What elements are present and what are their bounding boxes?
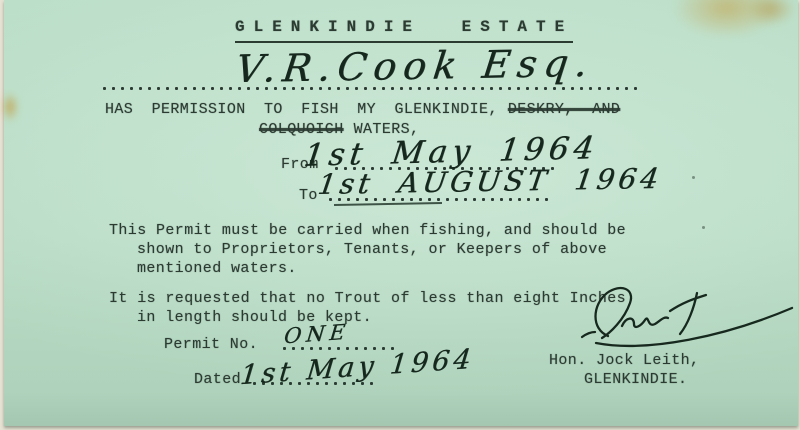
to-date-handwritten: 1st AUGUST 1964 [316, 162, 665, 201]
stain-left-edge [2, 92, 18, 122]
signature-handwritten [576, 280, 798, 354]
stain-top-right [672, 0, 782, 38]
issuer-name: Hon. Jock Leith, [549, 351, 699, 370]
permission-line-1: HAS PERMISSION TO FISH MY GLENKINDIE,DES… [105, 100, 620, 119]
holder-name-handwritten: V.R.Cook Esq. [233, 41, 597, 91]
dated-label: Dated [194, 370, 241, 389]
permit-no-label: Permit No. [164, 335, 258, 354]
struck-colquoich: COLQUOICH [259, 121, 344, 138]
signature-stroke [670, 295, 706, 311]
signature-stroke [582, 332, 595, 337]
signature-stroke [622, 318, 668, 327]
permission-line-1-text: HAS PERMISSION TO FISH MY GLENKINDIE, [105, 101, 498, 118]
carry-note-line-1: This Permit must be carried when fishing… [109, 221, 626, 240]
struck-deskry-and: DESKRY, AND [508, 101, 620, 118]
ink-speck [702, 226, 705, 229]
carry-note-line-2: shown to Proprietors, Tenants, or Keeper… [137, 240, 607, 259]
carry-note-line-3: mentioned waters. [137, 259, 297, 278]
issuer-estate: GLENKINDIE. [584, 370, 687, 389]
permit-no-handwritten: ONE [283, 320, 351, 349]
ink-speck [692, 176, 695, 179]
stain-top-right-small [746, 0, 796, 26]
to-label: To [299, 186, 318, 205]
paper-sheet: GLENKINDIE ESTATE V.R.Cook Esq. HAS PERM… [4, 0, 798, 426]
signature-stroke [596, 288, 632, 338]
estate-title: GLENKINDIE ESTATE [235, 18, 573, 43]
pen-underline-august [334, 202, 442, 206]
scanned-permit-document: GLENKINDIE ESTATE V.R.Cook Esq. HAS PERM… [0, 0, 800, 430]
trout-note-line-1: It is requested that no Trout of less th… [109, 289, 626, 308]
